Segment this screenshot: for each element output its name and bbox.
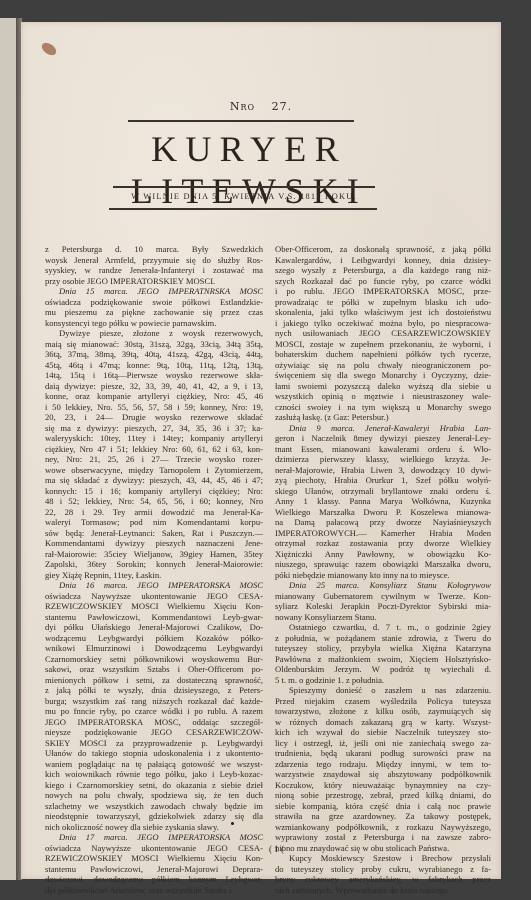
text-line: nieysze podziękowanie JEGO CESARZEWICZOW… (45, 727, 263, 738)
dateline-top-rule (113, 186, 375, 188)
text-line: w różnych domach zakazaną grą w karty. W… (275, 717, 491, 728)
text-line: Czarnomorskiey setni półkownikowi woysko… (45, 654, 263, 665)
text-line: stantemu Pawłowiczowi, Jenerał-Majorowi … (45, 864, 263, 875)
text-line: nich założonych. Wprowadzanie do kraiu n… (275, 885, 491, 896)
article-column-left: z Petersburga d. 10 marca. Były Szwedzki… (45, 244, 263, 895)
text-line: 14tą, 15tą i 16tą—Pierwsze woysko rezerw… (45, 370, 263, 381)
text-line: dyi półku Ułańskiego Jenerał-Majorowi Cz… (45, 622, 263, 633)
issue-number: Nro 27. (21, 100, 501, 113)
text-line: i 50 lekkiey, Nro. 55, 56, 57, 58 i 59; … (45, 402, 263, 413)
text-line: waleryyskich: 10tey, 11tey i 14tey; komp… (45, 433, 263, 444)
text-line: SKIEY MOSCI za przyprowadzenie p. Leybgw… (45, 738, 263, 749)
article-column-right: Ober-Officerom, za doskonałą sprawność, … (275, 244, 491, 895)
text-line: giey Xiążę Repnin, 11tey, Łaskin. (45, 570, 263, 581)
text-line: czności swoiey i na tym większą u Monarc… (275, 402, 491, 413)
text-line: Kawalergardów, i Leibgwardyi konney, dni… (275, 255, 491, 266)
text-line: kich ich wzywał do siebie Naczelnik tute… (275, 727, 491, 738)
ink-dot (231, 822, 234, 825)
text-line: 5 t. m. o godzinie 1. z południa. (275, 675, 491, 686)
text-line: syliarz Koleski Jerapkin Poczt-Dyrektor … (275, 601, 491, 612)
text-line: dowiczowi, dowodzącemu półkiem konnym Le… (45, 874, 263, 885)
text-line: bryny cukrowey amerykańskiey, w fabrykac… (275, 874, 491, 885)
text-line: mu po fnncie ryby, po czarce wódki i po … (45, 706, 263, 717)
text-line: Dnia 9 marca. Jenerał-Kawaleryi Hrabia L… (275, 423, 491, 434)
dateline-bottom-rule (109, 208, 377, 210)
text-line: waleryi Tormasow; pod nim Komendantami k… (45, 517, 263, 528)
text-line: Anny 1 klassy. Panna Marya Wołkówna, Kuz… (275, 496, 491, 507)
text-line: zdarzenia tego rodzaju. Między innymi, w… (275, 759, 491, 770)
text-line: RZEWICZOWSKIEY MOSCI Wielkiemu Xięciu Ko… (45, 853, 263, 864)
text-line: Pawłówna z małżonkiem swoim, Xięciem Hol… (275, 654, 491, 665)
text-line: wyprawiony został z Petersburga i na zaw… (275, 832, 491, 843)
text-line: Kommendantami dywizyy pieszych naznaczen… (45, 538, 263, 549)
text-line: mienionych półkow i setni, za dostateczn… (45, 675, 263, 686)
signature-mark: ( 1 ( (269, 844, 284, 854)
text-line: trudnienia, będą ukarani podług surowośc… (275, 748, 491, 759)
text-line: przy osobie JEGO IMPERATORSKIEY MOSCI. (45, 276, 263, 287)
text-line: 20, 23, i 24— Drugie woysko rezerwowe sk… (45, 412, 263, 423)
text-line: póki niebędzie mianowany kto inny na to … (275, 570, 491, 581)
text-line: siebie kompanią, która część dnia i całą… (275, 801, 491, 812)
text-line: dzimierza pierwszey klassy, wielkiego kr… (275, 454, 491, 465)
text-line: ma się składać z dywizyy: pieszych, 43, … (45, 475, 263, 486)
text-line: wnikowi Elmurzinowi i Dowodzącemu Leybgw… (45, 643, 263, 654)
text-line: burga; wszystkim zaś rang niższych rozka… (45, 696, 263, 707)
text-line: Ułanów do takiego stopnia udoskonalenia … (45, 748, 263, 759)
text-line: święceniem się dla swego Monarchy i Oycz… (275, 370, 491, 381)
paper-stain (40, 40, 59, 57)
text-line: geron i Naczelnik 8mey dywizyi pieszey J… (275, 433, 491, 444)
text-line: mu pieszemu za piękne zachowanie się prz… (45, 307, 263, 318)
text-line: zasłużą łaskę. (z Gaz: Petersbur.) (275, 412, 491, 423)
text-line: warzystwie znaydował się abszytowany pod… (275, 769, 491, 780)
text-line: nych usiłowaniach JEGO CESARZEWICZOWSKIE… (275, 328, 491, 339)
text-line: z jaką półki te wyszły, dnia dzisieyszeg… (45, 685, 263, 696)
text-line: oświadcza Naywyższe ukontentowanie JEGO … (45, 843, 263, 854)
text-line: 22, 28 i 29. Tey armii dowodzić ma Jener… (45, 507, 263, 518)
text-line: konsystencyi tego półku w powiecie parna… (45, 318, 263, 329)
text-line: Ostatniego czwartku, d. 7 t. m., o godzi… (275, 622, 491, 633)
text-line: 48 i 52; lekkiey, Nro: 54, 65, 56, i 60;… (45, 496, 263, 507)
text-line: JEGO IMPERATORSKA MOSC, oddaiąc szczegól… (45, 717, 263, 728)
text-line: nowych na polu chwały, spodziewa się, że… (45, 790, 263, 801)
text-line: Spieszymy donieść o zaszłem u nas zdarze… (275, 685, 491, 696)
newspaper-page: Nro 27. KURYER LITEWSKI W WILNIE DNIA 5.… (21, 22, 501, 879)
text-line: wzmiankowany podpółkownik, z rozkazu Nay… (275, 822, 491, 833)
text-line: konne, oraz kompanie artylleryi ciężkiey… (45, 391, 263, 402)
text-line: IMPERATOROWYCH.— Kamerher Hrabia Moden (275, 528, 491, 539)
text-line: Dnia 25 marca. Konsyliarz Stanu Kołogryw… (275, 580, 491, 591)
issue-number-value: 27. (272, 100, 293, 113)
text-line: wodzącemu Leybgwardyi półkiem Kozaków pó… (45, 633, 263, 644)
text-line: sów będą: Jenerał-Leytnanci: Saken, Rat … (45, 528, 263, 539)
text-line: tnant Essen, mianowani kawalerami orderu… (275, 444, 491, 455)
text-line: Xiężniczki Anny Pawłowny, w obowiązku Ko… (275, 549, 491, 560)
text-line: zyą piechoty, Hrabia Orurkur 1, Szef pół… (275, 475, 491, 486)
text-line: szego wyszły z Petersburga, a dla każdeg… (275, 265, 491, 276)
text-line: i jakiego tylko oczekiwać można było, po… (275, 318, 491, 329)
text-line: ożywiaiąc się na polu chwały nieogranicz… (275, 360, 491, 371)
text-line: syyskiey, w randze Jenerała-Infanteryi i… (45, 265, 263, 276)
text-line: stantemu Pawłowiczowi, Kommendantowi Ley… (45, 612, 263, 623)
text-line: się ma z dywizyy: pieszych, 27, 34, 35, … (45, 423, 263, 434)
text-line: nioną sobie przestrogę, zebrał, przed ki… (275, 790, 491, 801)
text-line: konnych: 15 i 16; kompaniy artylleryi ci… (45, 486, 263, 497)
text-line: tuteyszey stolicy, przybyła wielka Xiężn… (275, 643, 491, 654)
text-line: do tuteyszey stolicy proby cukru, wyrabi… (275, 864, 491, 875)
text-line: Dnia 15 marca. JEGO IMPERATNRSKA MOSC (45, 286, 263, 297)
text-line: Ober-Officerom, za doskonałą sprawność, … (275, 244, 491, 255)
issue-number-label: Nro (230, 100, 255, 113)
text-line: niuszego, sprawuiąc razem obowiązki Mars… (275, 559, 491, 570)
text-line: z południa, w pożądanem stanie zdrowia, … (275, 633, 491, 644)
text-line: z Petersburga d. 10 marca. Były Szwedzki… (45, 244, 263, 255)
text-line: MOSCI, zostaje w zupełnem przekonaniu, ż… (275, 339, 491, 350)
text-line: skiego Ułanów, otrzymali bryllantowe zna… (275, 486, 491, 497)
text-line: maią się mianować: 30stą, 31szą, 32gą, 3… (45, 339, 263, 350)
text-line: wszystkich opinią o męztwie i nieustrasz… (275, 391, 491, 402)
text-line: bohaterskim duchem napełnieni półków tyc… (275, 349, 491, 360)
text-line: towarzystwo, złożone z kilku osób, zaymu… (275, 706, 491, 717)
text-line: Przed niejakim czasem wyśledziła Policya… (275, 696, 491, 707)
text-line: 36tą, 37mą, 38mą, 39tą, 40tą, 41szą, 42g… (45, 349, 263, 360)
text-line: nerał-Majorowie, Hrabia Liwen 3, dowodzą… (275, 465, 491, 476)
text-line: skonalenia, jaki tylko właściwym jest ic… (275, 307, 491, 318)
text-line: sakowi, oraz wszystkim Sztabs i Ober-Off… (45, 664, 263, 675)
text-line: strawiła na grze azardowney. Za takowy p… (275, 811, 491, 822)
text-line: mianowany Gubernatorem cywilnym w Twerze… (275, 591, 491, 602)
text-line: Wielkiego Marszałka Dworu P. Koszelewa m… (275, 507, 491, 518)
text-line: Dnia 17 marca. JEGO IMPERATORSKA MOSC (45, 832, 263, 843)
text-line: waniem poglądaiąc na tę pałaiącą gotowoś… (45, 759, 263, 770)
text-line: otrzymał rozkaz zostawania przy dworze W… (275, 538, 491, 549)
text-line: szych Rozkazał dać po funcie ryby, po cz… (275, 276, 491, 287)
text-line: Kupcy Moskiewscy Szestow i Brechow przys… (275, 853, 491, 864)
text-line: kiego i Czarnomorskiey setni, do okazani… (45, 780, 263, 791)
text-line: Dywizye piesze, złożone z woysk rezerwow… (45, 328, 263, 339)
text-line: licy i ostrzegł, iż, jeśli oni nie zanie… (275, 738, 491, 749)
dateline: W WILNIE DNIA 5. KWIETNIA V.S. 1812 ROKU… (109, 192, 379, 201)
text-line: szlachetny we wszystkich zawodach chwały… (45, 801, 263, 812)
text-line: łami swoiemi pozyszczą daleko wyższą dla… (275, 381, 491, 392)
text-line: ciężkiey, Nro 47 i 51; lekkiey Nro: 60, … (45, 444, 263, 455)
text-line: nieodstępnie towarzyszył, gdziekolwiek z… (45, 811, 263, 822)
text-line: Oldenburskim Jerzym. W podróż tę wyiecha… (275, 664, 491, 675)
masthead-top-rule (128, 120, 354, 122)
text-line: na Damą pałacową przy dworze Nayiaśnieys… (275, 517, 491, 528)
text-line: 45tą, 46tą i 47mą; konne: 9tą, 10tą, 11t… (45, 360, 263, 371)
text-line: wowe obserwacyyne, między Tarnopolem i Z… (45, 465, 263, 476)
text-line: nowany Konsyliarzem Stanu. (275, 612, 491, 623)
text-line: i po rublu. JEGO IMPERATORSKA MOSC, prze… (275, 286, 491, 297)
text-line: rał-Maiorowie: 35ciey Wieljanow, 39giey … (45, 549, 263, 560)
text-line: oświadcza Naywyższe ukontentowanie JEGO … (45, 591, 263, 602)
text-line: ney, Nro: 21, 25, 26 i 27— Trzecie woysk… (45, 454, 263, 465)
text-line: Dnia 16 marca. JEGO IMPERATORSKA MOSC (45, 580, 263, 591)
text-line: prowadzaiąc te półki w zupełnym blasku i… (275, 297, 491, 308)
text-line: daią dywizye: piesze, 32, 33, 39, 40, 41… (45, 381, 263, 392)
text-line: Zapolski, 36tey Sorokin; konnych Jenerał… (45, 559, 263, 570)
text-line: woysk Jenerał Armfeld, przyymuie się do … (45, 255, 263, 266)
text-line: Koczukow, który nieuważaiąc bynaymniey n… (275, 780, 491, 791)
text-line: kich woiownikach równie tego półku, jako… (45, 769, 263, 780)
text-line: oświadcza podziękowanie swoie półkowi Es… (45, 297, 263, 308)
text-line: dyi półkownikowi Arseniiew, oraz wszystk… (45, 885, 263, 896)
text-line: niono mu znaydować się w obu stolicach P… (275, 843, 491, 854)
text-line: RZEWICZOWSKIEY MOSCI Wielkiemu Xięciu Ko… (45, 601, 263, 612)
